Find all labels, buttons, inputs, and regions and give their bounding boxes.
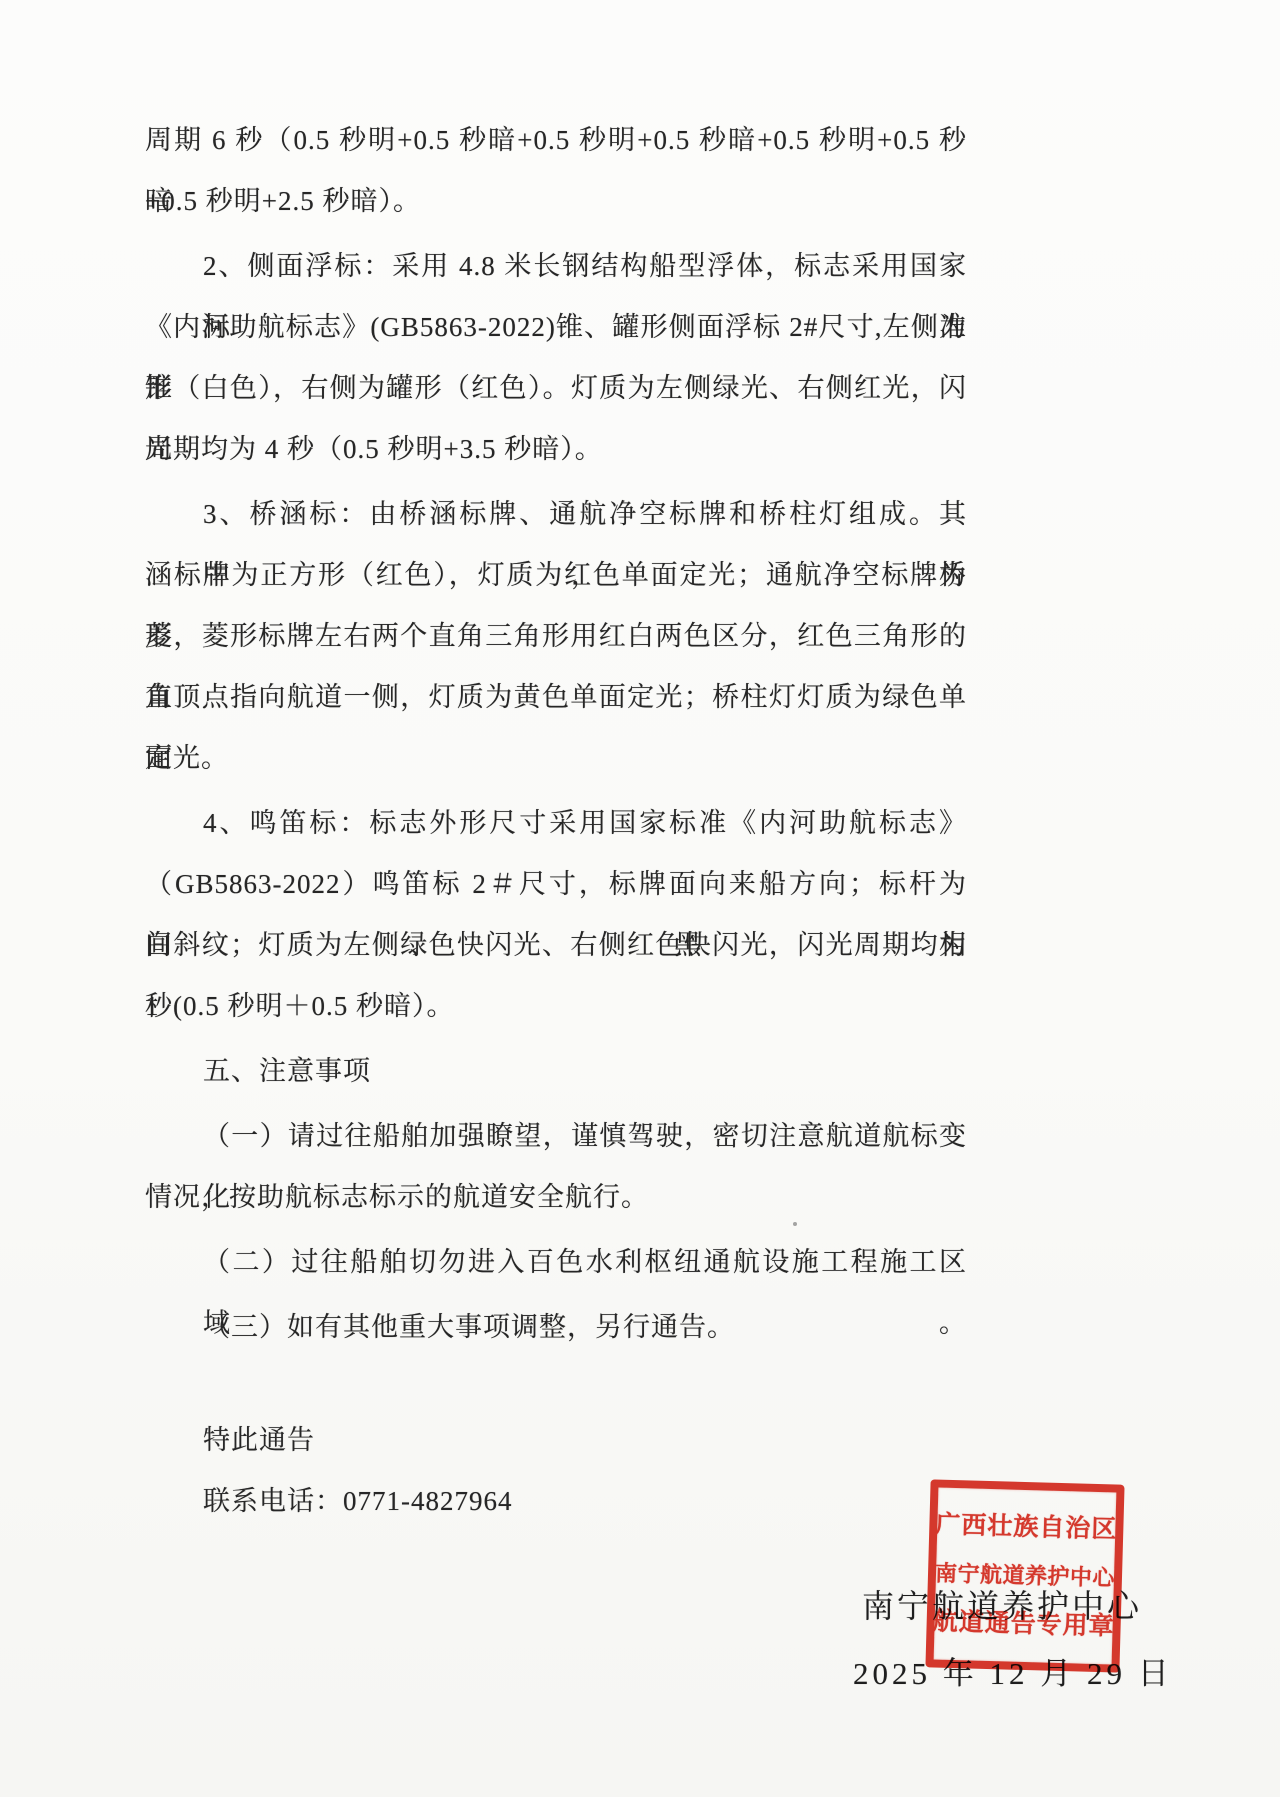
notice-body: 周期 6 秒（0.5 秒明+0.5 秒暗+0.5 秒明+0.5 秒暗+0.5 秒… [145,110,967,1532]
signature-org: 南宁航道养护中心 [862,1581,1142,1627]
notice-line: +0.5 秒明+2.5 秒暗）。 [145,171,967,232]
signature-date: 2025 年 12 月 29 日 [853,1648,1173,1693]
notice-line: 定光。 [145,728,967,789]
notice-line: 情况，按助航标志标示的航道安全航行。 [145,1167,967,1228]
notice-line: 《内河助航标志》(GB5863-2022)锥、罐形侧面浮标 2#尺寸,左侧为锥 [145,297,967,358]
notice-line: 角顶点指向航道一侧，灯质为黄色单面定光；桥柱灯灯质为绿色单面 [145,667,967,728]
notice-line: 形，菱形标牌左右两个直角三角形用红白两色区分，红色三角形的直 [145,606,967,667]
notice-closing: 特此通告 [145,1410,967,1471]
notice-line: 间斜纹；灯质为左侧绿色快闪光、右侧红色快闪光，闪光周期均为 1 [145,915,967,976]
notice-line: 涵标牌为正方形（红色），灯质为红色单面定光；通航净空标牌为菱 [145,545,967,606]
notice-section-heading: 五、注意事项 [145,1041,967,1102]
seal-line: 南宁航道养护中心 [935,1562,1116,1589]
notice-line: 2、侧面浮标：采用 4.8 米长钢结构船型浮体，标志采用国家标准 [145,236,967,297]
notice-line: 形（白色），右侧为罐形（红色）。灯质为左侧绿光、右侧红光，闪光 [145,358,967,419]
notice-line: （一）请过往船舶加强瞭望，谨慎驾驶，密切注意航道航标变化 [145,1106,967,1167]
seal-line: 航道通告专用章 [932,1609,1115,1639]
contact-phone: 联系电话：0771-4827964 [145,1471,967,1532]
notice-line: 周期 6 秒（0.5 秒明+0.5 秒暗+0.5 秒明+0.5 秒暗+0.5 秒… [145,110,967,171]
notice-line: 周期均为 4 秒（0.5 秒明+3.5 秒暗）。 [145,419,967,480]
notice-line: （二）过往船舶切勿进入百色水利枢纽通航设施工程施工区域。 [145,1232,967,1293]
notice-line: 4、鸣笛标：标志外形尺寸采用国家标准《内河助航标志》 [145,793,967,854]
notice-page: 周期 6 秒（0.5 秒明+0.5 秒暗+0.5 秒明+0.5 秒暗+0.5 秒… [0,0,1280,1797]
notice-line: 秒(0.5 秒明＋0.5 秒暗）。 [145,976,967,1037]
notice-line: 3、桥涵标：由桥涵标牌、通航净空标牌和桥柱灯组成。其中，桥 [145,484,967,545]
scan-speck [793,1222,797,1226]
notice-line: （GB5863-2022）鸣笛标 2＃尺寸，标牌面向来船方向；标杆为白、黑相 [145,854,967,915]
